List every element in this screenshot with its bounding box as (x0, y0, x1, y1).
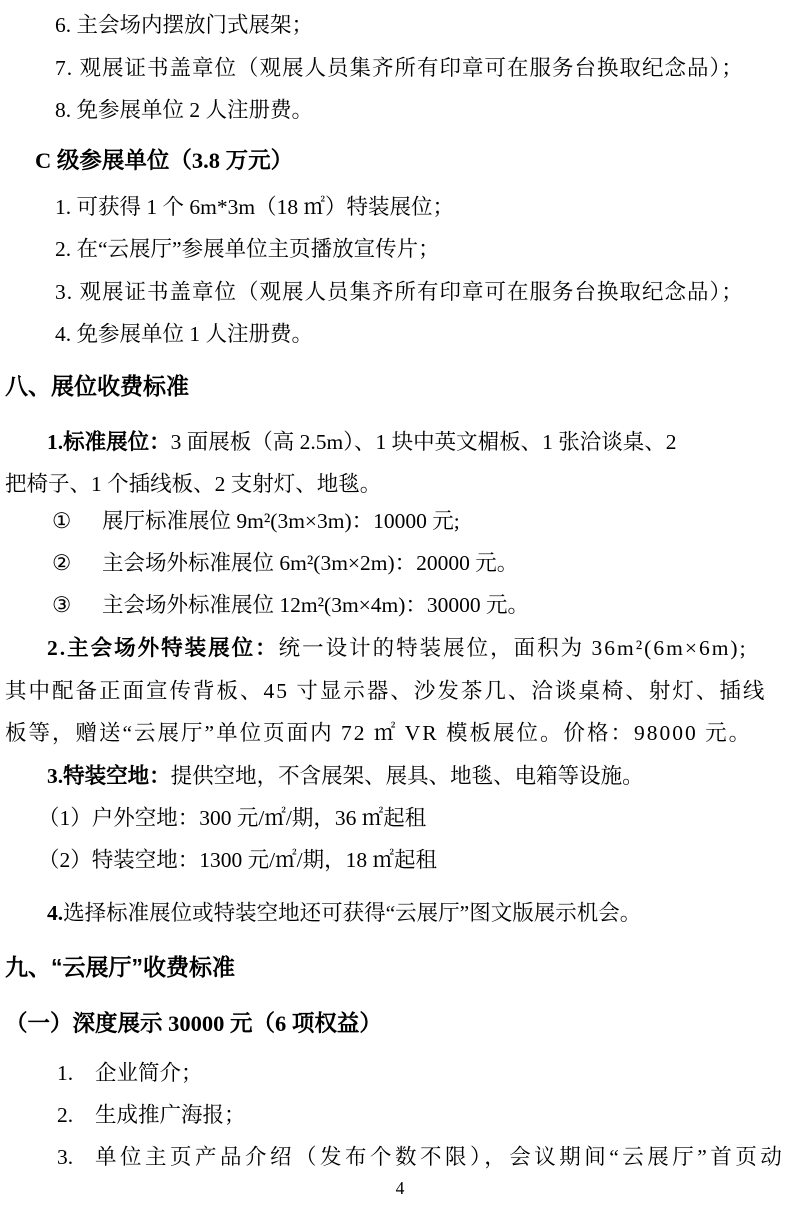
b-benefit-item-8: 8. 免参展单位 2 人注册费。 (55, 95, 313, 125)
space-price-item-2: （2）特装空地：1300 元/㎡/期，18 ㎡起租 (38, 845, 437, 875)
c-benefit-item-1: 1. 可获得 1 个 6m*3m（18 ㎡）特装展位； (55, 192, 454, 222)
circled-item-1: ①展厅标准展位 9m²(3m×3m)：10000 元; (52, 506, 460, 536)
page-number: 4 (0, 1178, 800, 1199)
open-space-bold-lead: 3.特装空地： (47, 764, 171, 788)
std-booth-bold-lead: 1.标准展位： (47, 430, 171, 454)
note-4-bold-lead: 4. (47, 901, 63, 925)
special-booth-line1-rest: 统一设计的特装展位，面积为 36m²(6m×6m); (279, 636, 748, 660)
circled-item-2: ②主会场外标准展位 6m²(3m×2m)：20000 元。 (52, 548, 518, 578)
c-benefit-item-2: 2. 在“云展厅”参展单位主页播放宣传片； (55, 234, 440, 264)
b-benefit-item-6: 6. 主会场内摆放门式展架； (55, 10, 313, 40)
circled-number-3-icon: ③ (52, 590, 80, 620)
circled-number-1-icon: ① (52, 506, 80, 536)
cloud-item-2-number: 2. (57, 1100, 95, 1130)
cloud-item-3-number: 3. (57, 1142, 95, 1172)
std-booth-line2: 把椅子、1 个插线板、2 支射灯、地毯。 (5, 469, 381, 499)
special-booth-line1: 2.主会场外特装展位：统一设计的特装展位，面积为 36m²(6m×6m); (47, 633, 748, 663)
section-heading-cloud-hall-fees: 九、“云展厅”收费标准 (5, 952, 235, 982)
open-space-line: 3.特装空地：提供空地，不含展架、展具、地毯、电箱等设施。 (47, 761, 644, 791)
subheading-deep-display: （一）深度展示 30000 元（6 项权益） (5, 1009, 382, 1039)
document-page: 6. 主会场内摆放门式展架； 7. 观展证书盖章位（观展人员集齐所有印章可在服务… (0, 0, 800, 1207)
cloud-item-2-text: 生成推广海报； (95, 1103, 246, 1127)
circled-number-2-icon: ② (52, 548, 80, 578)
heading-c-level-exhibitor: C 级参展单位（3.8 万元） (35, 146, 293, 176)
cloud-benefit-item-1: 1.企业简介； (57, 1058, 203, 1088)
std-booth-line1-rest: 3 面展板（高 2.5m）、1 块中英文楣板、1 张洽谈桌、2 (171, 430, 677, 454)
c-benefit-item-3: 3. 观展证书盖章位（观展人员集齐所有印章可在服务台换取纪念品）； (55, 277, 744, 307)
b-benefit-item-7: 7. 观展证书盖章位（观展人员集齐所有印章可在服务台换取纪念品）； (55, 53, 744, 83)
cloud-item-3-text: 单位主页产品介绍（发布个数不限），会议期间“云展厅”首页动 (95, 1145, 785, 1169)
note-4-rest: 选择标准展位或特装空地还可获得“云展厅”图文版展示机会。 (63, 901, 641, 925)
space-price-item-1: （1）户外空地：300 元/㎡/期，36 ㎡起租 (38, 803, 426, 833)
open-space-rest: 提供空地，不含展架、展具、地毯、电箱等设施。 (171, 764, 644, 788)
cloud-benefit-item-2: 2.生成推广海报； (57, 1100, 246, 1130)
circled-item-3-text: 主会场外标准展位 12m²(3m×4m)：30000 元。 (102, 593, 529, 617)
circled-item-1-text: 展厅标准展位 9m²(3m×3m)：10000 元; (102, 509, 460, 533)
special-booth-line2: 其中配备正面宣传背板、45 寸显示器、沙发茶几、洽谈桌椅、射灯、插线 (5, 676, 766, 706)
circled-item-3: ③主会场外标准展位 12m²(3m×4m)：30000 元。 (52, 590, 529, 620)
special-booth-bold-lead: 2.主会场外特装展位： (47, 636, 279, 660)
cloud-item-1-text: 企业简介； (95, 1061, 203, 1085)
std-booth-line1: 1.标准展位：3 面展板（高 2.5m）、1 块中英文楣板、1 张洽谈桌、2 (47, 427, 677, 457)
cloud-item-1-number: 1. (57, 1058, 95, 1088)
note-4-line: 4.选择标准展位或特装空地还可获得“云展厅”图文版展示机会。 (47, 898, 641, 928)
circled-item-2-text: 主会场外标准展位 6m²(3m×2m)：20000 元。 (102, 551, 518, 575)
c-benefit-item-4: 4. 免参展单位 1 人注册费。 (55, 319, 313, 349)
cloud-benefit-item-3: 3.单位主页产品介绍（发布个数不限），会议期间“云展厅”首页动 (57, 1142, 785, 1172)
special-booth-line3: 板等，赠送“云展厅”单位页面内 72 ㎡ VR 模板展位。价格：98000 元。 (5, 718, 752, 748)
section-heading-booth-fees: 八、展位收费标准 (5, 371, 189, 401)
